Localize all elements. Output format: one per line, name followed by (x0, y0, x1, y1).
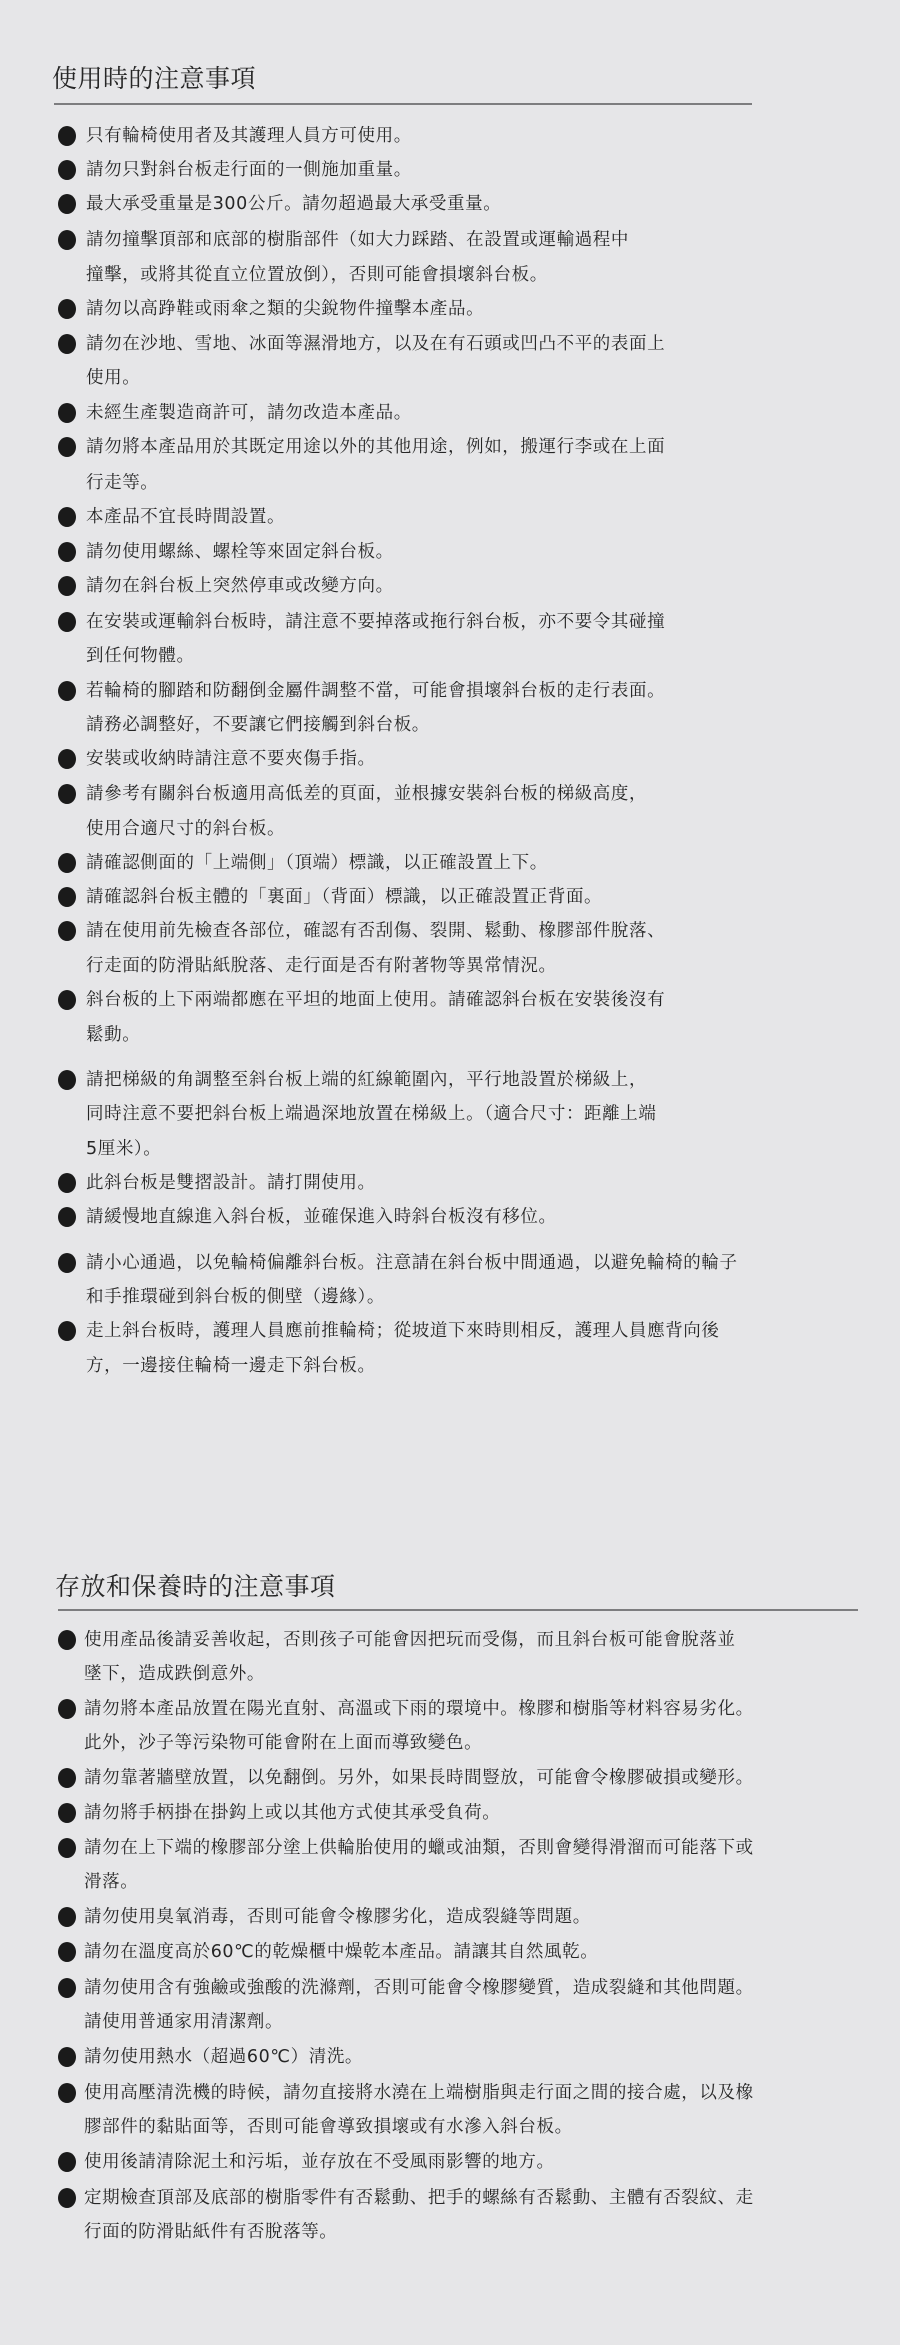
list-item-text: 方，一邊接住輪椅一邊走下斜台板。 (86, 1355, 376, 1377)
bullet-icon (58, 1207, 76, 1227)
bullet-icon (58, 2152, 76, 2172)
list-item-text: 請勿以高踭鞋或雨傘之類的尖銳物件撞擊本產品。 (86, 298, 484, 320)
bullet-icon (58, 784, 76, 804)
bullet-icon (58, 437, 76, 457)
list-item-text: 行走面的防滑貼紙脫落、走行面是否有附著物等異常情況。 (86, 955, 557, 977)
bullet-icon (58, 194, 76, 214)
bullet-icon (58, 887, 76, 907)
bullet-icon (58, 1768, 76, 1788)
list-item-text: 同時注意不要把斜台板上端過深地放置在梯級上。（適合尺寸：距離上端 (86, 1103, 656, 1125)
list-item-text: 請勿在斜台板上突然停車或改變方向。 (86, 575, 394, 597)
list-item-text: 撞擊，或將其從直立位置放倒），否則可能會損壞斜台板。 (86, 264, 548, 286)
bullet-icon (58, 1978, 76, 1998)
bullet-icon (58, 612, 76, 632)
bullet-icon (58, 921, 76, 941)
bullet-icon (58, 2047, 76, 2067)
section-divider (54, 103, 752, 105)
list-item-text: 此外，沙子等污染物可能會附在上面而導致變色。 (84, 1732, 482, 1754)
bullet-icon (58, 1070, 76, 1090)
list-item-text: 請把梯級的角調整至斜台板上端的紅線範圍內，平行地設置於梯級上， (86, 1069, 647, 1091)
bullet-icon (58, 1942, 76, 1962)
list-item-text: 請使用普通家用清潔劑。 (84, 2011, 283, 2033)
list-item-text: 鬆動。 (86, 1024, 140, 1046)
list-item-text: 本產品不宜長時間設置。 (86, 506, 285, 528)
list-item-text: 使用高壓清洗機的時候，請勿直接將水澆在上端樹脂與走行面之間的接合處，以及橡 (84, 2082, 754, 2104)
list-item-text: 膠部件的黏貼面等，否則可能會導致損壞或有水滲入斜台板。 (84, 2116, 573, 2138)
list-item-text: 請確認斜台板主體的「裏面」（背面）標識，以正確設置正背面。 (86, 886, 602, 908)
list-item-text: 請勿使用臭氧消毒，否則可能會令橡膠劣化，造成裂縫等問題。 (84, 1906, 591, 1928)
list-item-text: 若輪椅的腳踏和防翻倒金屬件調整不當，可能會損壞斜台板的走行表面。 (86, 680, 665, 702)
list-item-text: 請確認側面的「上端側」（頂端）標識，以正確設置上下。 (86, 852, 548, 874)
list-item-text: 請勿在溫度高於60℃的乾燥櫃中燥乾本產品。請讓其自然風乾。 (84, 1941, 598, 1963)
list-item-text: 此斜台板是雙摺設計。請打開使用。 (86, 1172, 376, 1194)
list-item-text: 請參考有關斜台板適用高低差的頁面，並根據安裝斜台板的梯級高度， (86, 783, 647, 805)
list-item-text: 請勿將本產品用於其既定用途以外的其他用途，例如，搬運行李或在上面 (86, 436, 665, 458)
bullet-icon (58, 160, 76, 180)
list-item-text: 行走等。 (86, 472, 158, 494)
list-item-text: 和手推環碰到斜台板的側壁（邊緣）。 (86, 1286, 385, 1308)
list-item-text: 在安裝或運輸斜台板時，請注意不要掉落或拖行斜台板，亦不要令其碰撞 (86, 611, 665, 633)
list-item-text: 5厘米）。 (86, 1138, 161, 1160)
bullet-icon (58, 403, 76, 423)
bullet-icon (58, 1803, 76, 1823)
bullet-icon (58, 1838, 76, 1858)
bullet-icon (58, 2083, 76, 2103)
bullet-icon (58, 1907, 76, 1927)
bullet-icon (58, 749, 76, 769)
list-item-text: 請勿使用含有強鹼或強酸的洗滌劑，否則可能會令橡膠變質，造成裂縫和其他問題。 (84, 1977, 754, 1999)
list-item-text: 請勿使用熱水（超過60℃）清洗。 (84, 2046, 363, 2068)
bullet-icon (58, 853, 76, 873)
bullet-icon (58, 2188, 76, 2208)
bullet-icon (58, 299, 76, 319)
list-item-text: 使用產品後請妥善收起，否則孩子可能會因把玩而受傷，而且斜台板可能會脫落並 (84, 1629, 736, 1651)
bullet-icon (58, 507, 76, 527)
bullet-icon (58, 334, 76, 354)
list-item-text: 請務必調整好，不要讓它們接觸到斜台板。 (86, 714, 430, 736)
list-item-text: 最大承受重量是300公斤。請勿超過最大承受重量。 (86, 193, 501, 215)
list-item-text: 使用合適尺寸的斜台板。 (86, 818, 285, 840)
list-item-text: 請在使用前先檢查各部位，確認有否刮傷、裂開、鬆動、橡膠部件脫落、 (86, 920, 665, 942)
bullet-icon (58, 1630, 76, 1650)
bullet-icon (58, 1253, 76, 1273)
section-title-storage: 存放和保養時的注意事項 (55, 1572, 336, 1602)
list-item-text: 走上斜台板時，護理人員應前推輪椅；從坡道下來時則相反，護理人員應背向後 (86, 1320, 720, 1342)
section-title-usage: 使用時的注意事項 (52, 64, 256, 94)
bullet-icon (58, 990, 76, 1010)
list-item-text: 請勿將手柄掛在掛鈎上或以其他方式使其承受負荷。 (84, 1802, 500, 1824)
list-item-text: 請小心通過，以免輪椅偏離斜台板。注意請在斜台板中間通過，以避免輪椅的輪子 (86, 1252, 738, 1274)
list-item-text: 使用。 (86, 367, 140, 389)
list-item-text: 請勿靠著牆壁放置，以免翻倒。另外，如果長時間豎放，可能會令橡膠破損或變形。 (84, 1767, 754, 1789)
bullet-icon (58, 576, 76, 596)
list-item-text: 請勿只對斜台板走行面的一側施加重量。 (86, 159, 412, 181)
list-item-text: 斜台板的上下兩端都應在平坦的地面上使用。請確認斜台板在安裝後沒有 (86, 989, 665, 1011)
section-divider (58, 1609, 858, 1611)
list-item-text: 安裝或收納時請注意不要夾傷手指。 (86, 748, 376, 770)
bullet-icon (58, 1173, 76, 1193)
list-item-text: 到任何物體。 (86, 645, 195, 667)
list-item-text: 請勿將本產品放置在陽光直射、高溫或下雨的環境中。橡膠和樹脂等材料容易劣化。 (84, 1698, 754, 1720)
bullet-icon (58, 126, 76, 146)
list-item-text: 滑落。 (84, 1871, 138, 1893)
bullet-icon (58, 1699, 76, 1719)
list-item-text: 只有輪椅使用者及其護理人員方可使用。 (86, 125, 412, 147)
list-item-text: 請勿撞擊頂部和底部的樹脂部件（如大力踩踏、在設置或運輸過程中 (86, 229, 629, 251)
list-item-text: 請勿使用螺絲、螺栓等來固定斜台板。 (86, 541, 394, 563)
list-item-text: 使用後請清除泥土和污垢，並存放在不受風雨影響的地方。 (84, 2151, 555, 2173)
bullet-icon (58, 230, 76, 250)
list-item-text: 墜下，造成跌倒意外。 (84, 1663, 265, 1685)
list-item-text: 未經生產製造商許可，請勿改造本產品。 (86, 402, 412, 424)
list-item-text: 定期檢查頂部及底部的樹脂零件有否鬆動、把手的螺絲有否鬆動、主體有否裂紋、走 (84, 2187, 754, 2209)
bullet-icon (58, 1321, 76, 1341)
bullet-icon (58, 542, 76, 562)
list-item-text: 請勿在上下端的橡膠部分塗上供輪胎使用的蠟或油類，否則會變得滑溜而可能落下或 (84, 1837, 754, 1859)
list-item-text: 行面的防滑貼紙件有否脫落等。 (84, 2221, 337, 2243)
list-item-text: 請緩慢地直線進入斜台板，並確保進入時斜台板沒有移位。 (86, 1206, 557, 1228)
bullet-icon (58, 681, 76, 701)
list-item-text: 請勿在沙地、雪地、冰面等濕滑地方，以及在有石頭或凹凸不平的表面上 (86, 333, 665, 355)
